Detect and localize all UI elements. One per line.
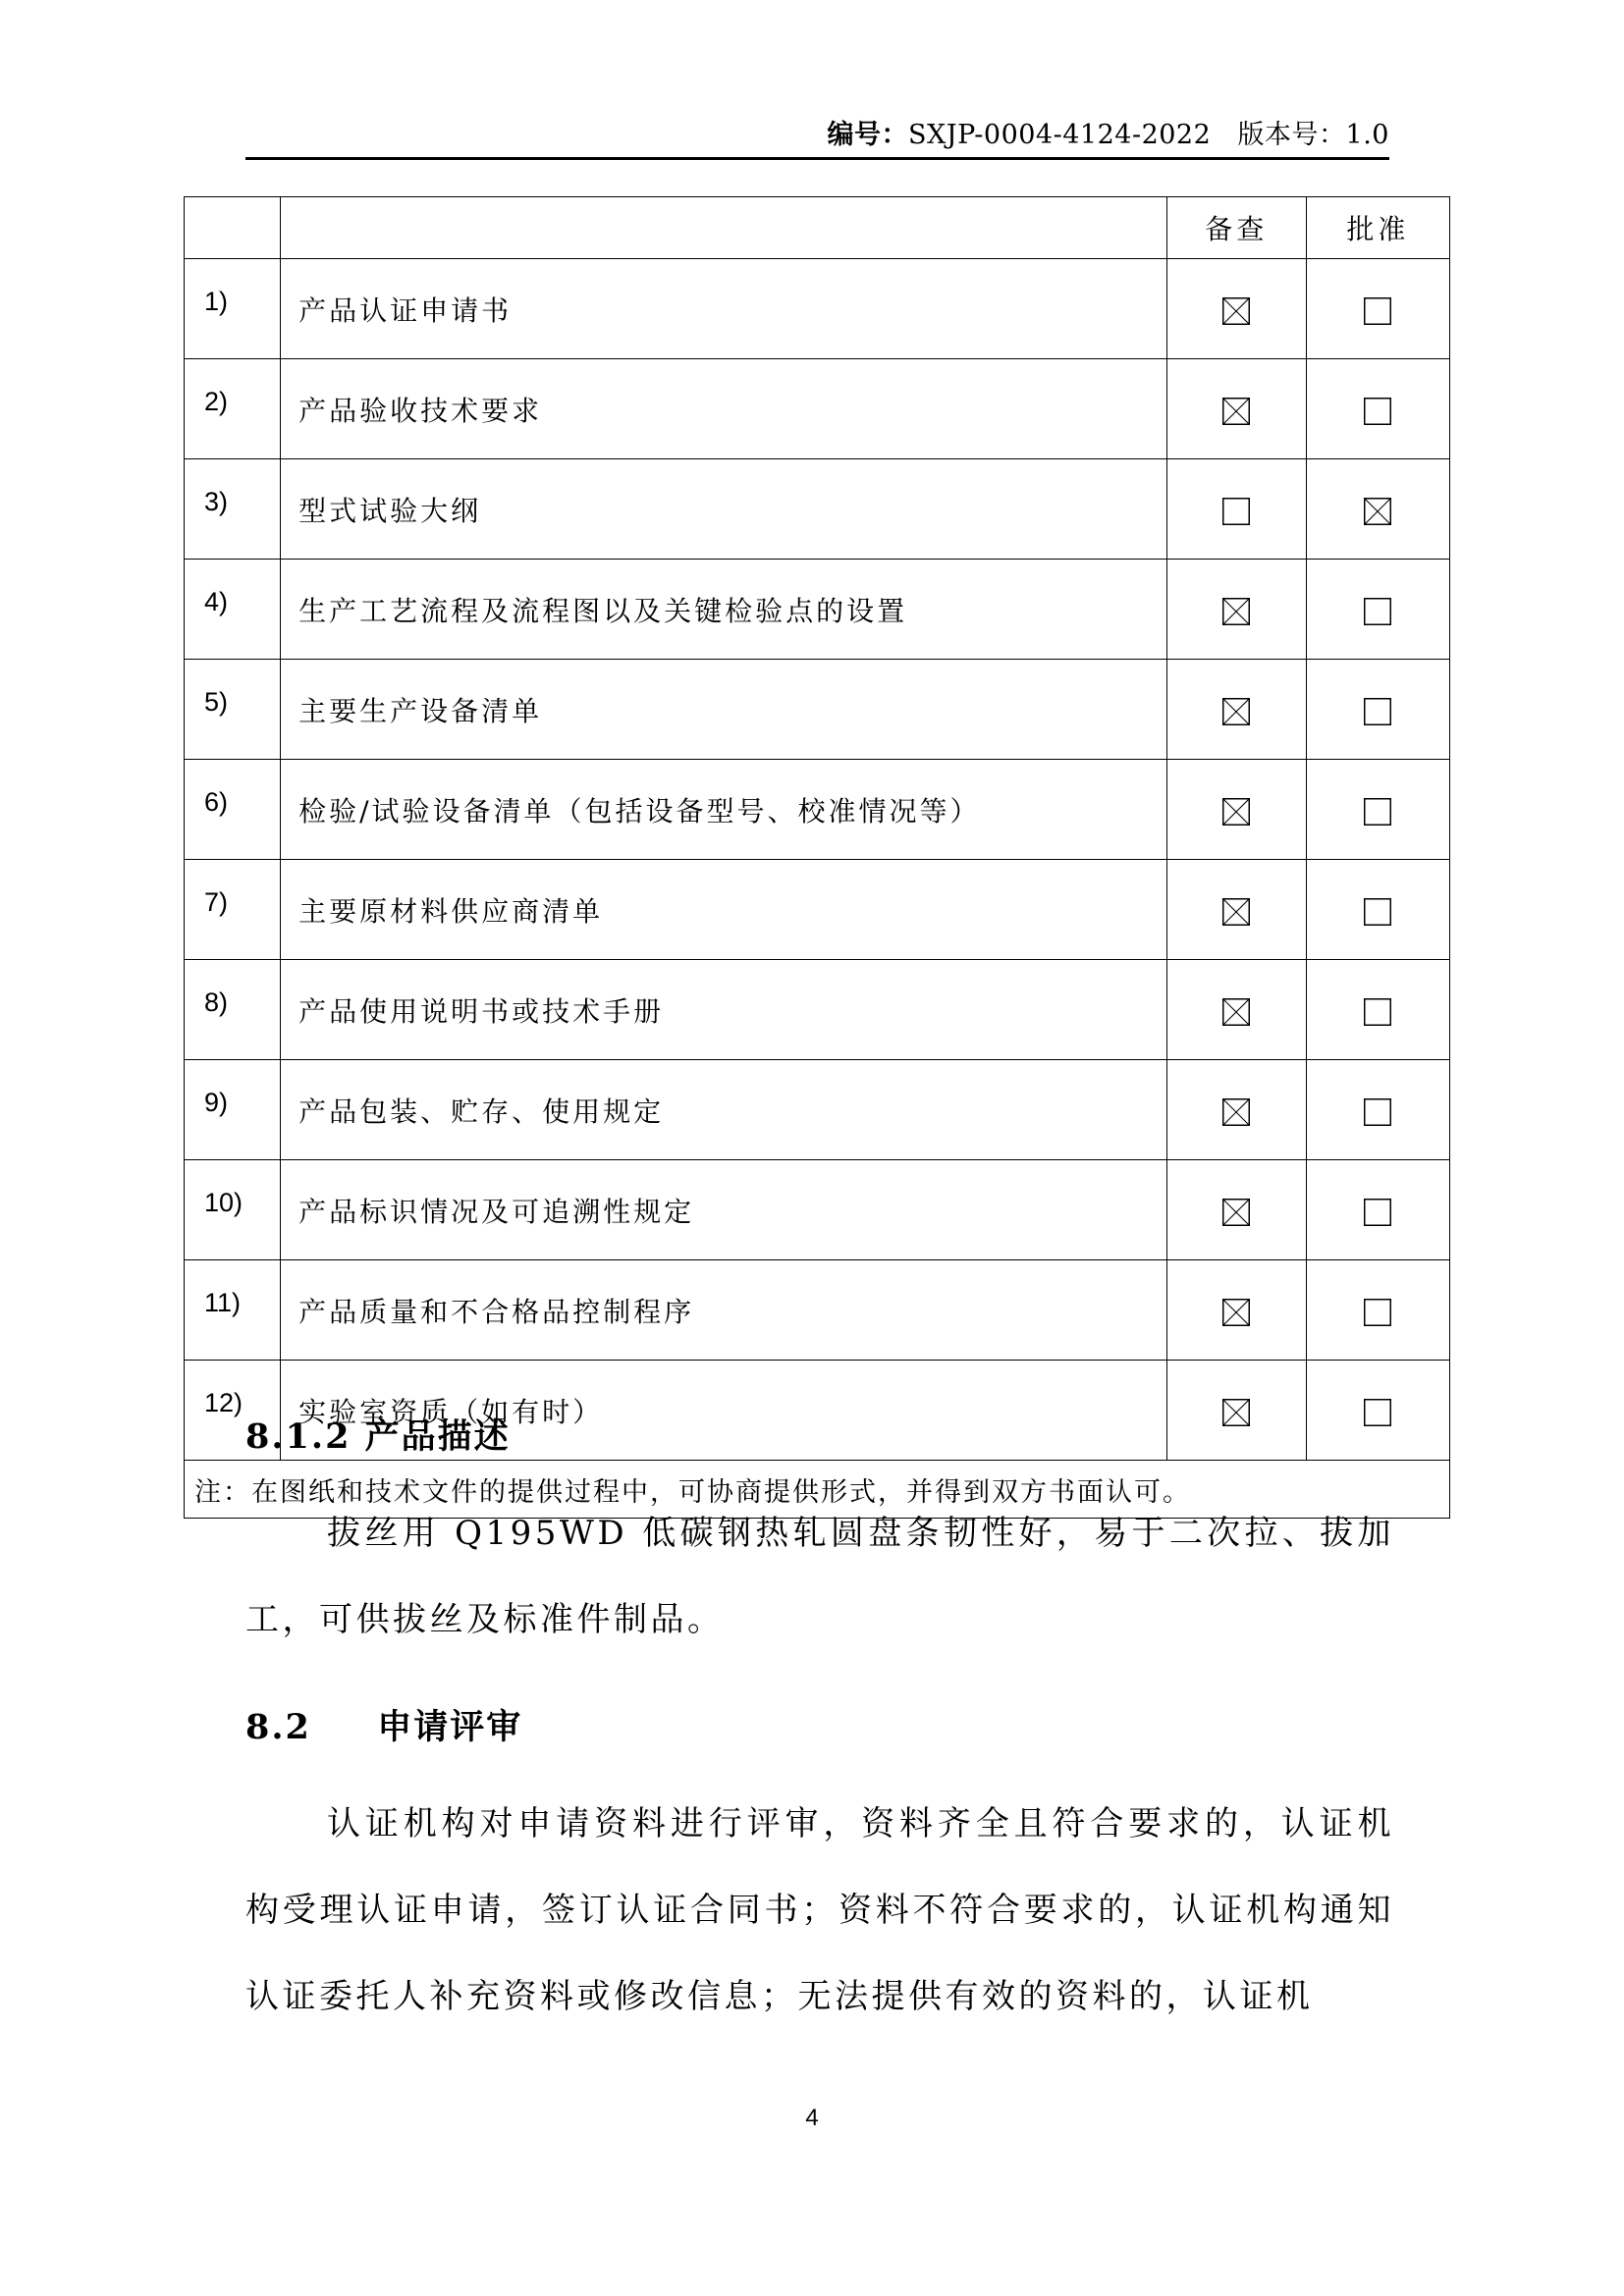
header-no-cell <box>185 197 281 259</box>
approve-checkbox-unchecked[interactable] <box>1364 798 1391 826</box>
page-number: 4 <box>0 2105 1624 2132</box>
table-row: 7) 主要原材料供应商清单 <box>185 860 1450 960</box>
section-title: 申请评审 <box>377 1707 522 1747</box>
approve-cell <box>1306 1361 1449 1461</box>
section-number: 8.1.2 <box>245 1416 351 1457</box>
check-checkbox-checked[interactable] <box>1222 598 1250 625</box>
approve-checkbox-unchecked[interactable] <box>1364 1399 1391 1426</box>
row-number: 7) <box>185 860 281 960</box>
check-cell <box>1166 259 1306 359</box>
approve-cell <box>1306 960 1449 1060</box>
approve-cell <box>1306 1260 1449 1361</box>
check-cell <box>1166 359 1306 459</box>
header-item-cell <box>281 197 1167 259</box>
check-checkbox-checked[interactable] <box>1222 1199 1250 1226</box>
header-check-cell: 备查 <box>1166 197 1306 259</box>
table-row: 6) 检验/试验设备清单（包括设备型号、校准情况等） <box>185 760 1450 860</box>
check-cell <box>1166 1060 1306 1160</box>
row-item-name: 产品认证申请书 <box>281 259 1167 359</box>
table-header-row: 备查 批准 <box>185 197 1450 259</box>
check-checkbox-checked[interactable] <box>1222 1098 1250 1126</box>
approve-cell <box>1306 760 1449 860</box>
table-row: 3) 型式试验大纲 <box>185 459 1450 560</box>
row-number: 2) <box>185 359 281 459</box>
check-checkbox-checked[interactable] <box>1222 998 1250 1026</box>
header-approve-cell: 批准 <box>1306 197 1449 259</box>
table-row: 9) 产品包装、贮存、使用规定 <box>185 1060 1450 1160</box>
approve-cell <box>1306 359 1449 459</box>
row-item-name: 检验/试验设备清单（包括设备型号、校准情况等） <box>281 760 1167 860</box>
approve-checkbox-unchecked[interactable] <box>1364 998 1391 1026</box>
check-cell <box>1166 1160 1306 1260</box>
check-checkbox-checked[interactable] <box>1222 398 1250 425</box>
row-item-name: 产品质量和不合格品控制程序 <box>281 1260 1167 1361</box>
approve-cell <box>1306 660 1449 760</box>
approve-checkbox-unchecked[interactable] <box>1364 1299 1391 1326</box>
approve-checkbox-checked[interactable] <box>1364 498 1391 525</box>
table-row: 10) 产品标识情况及可追溯性规定 <box>185 1160 1450 1260</box>
row-number: 6) <box>185 760 281 860</box>
check-cell <box>1166 960 1306 1060</box>
row-item-name: 主要原材料供应商清单 <box>281 860 1167 960</box>
document-header: 编号：SXJP-0004-4124-2022 版本号：1.0 <box>245 116 1389 155</box>
header-rule <box>245 157 1389 160</box>
check-cell <box>1166 560 1306 660</box>
approve-checkbox-unchecked[interactable] <box>1364 297 1391 325</box>
check-cell <box>1166 860 1306 960</box>
row-number: 9) <box>185 1060 281 1160</box>
check-cell <box>1166 1260 1306 1361</box>
check-checkbox-unchecked[interactable] <box>1222 498 1250 525</box>
row-number: 3) <box>185 459 281 560</box>
check-cell <box>1166 459 1306 560</box>
section-heading-8-2: 8.2 申请评审 <box>245 1700 522 1749</box>
check-checkbox-checked[interactable] <box>1222 898 1250 926</box>
row-item-name: 产品验收技术要求 <box>281 359 1167 459</box>
approve-checkbox-unchecked[interactable] <box>1364 698 1391 725</box>
approve-checkbox-unchecked[interactable] <box>1364 1098 1391 1126</box>
check-checkbox-checked[interactable] <box>1222 297 1250 325</box>
doc-code-value: SXJP-0004-4124-2022 <box>908 120 1211 150</box>
table-row: 11) 产品质量和不合格品控制程序 <box>185 1260 1450 1361</box>
table-row: 1) 产品认证申请书 <box>185 259 1450 359</box>
row-number: 5) <box>185 660 281 760</box>
check-checkbox-checked[interactable] <box>1222 798 1250 826</box>
row-number: 10) <box>185 1160 281 1260</box>
table-row: 5) 主要生产设备清单 <box>185 660 1450 760</box>
row-item-name: 生产工艺流程及流程图以及关键检验点的设置 <box>281 560 1167 660</box>
check-checkbox-checked[interactable] <box>1222 1399 1250 1426</box>
row-number: 4) <box>185 560 281 660</box>
row-number: 11) <box>185 1260 281 1361</box>
approve-cell <box>1306 259 1449 359</box>
approve-cell <box>1306 459 1449 560</box>
check-checkbox-checked[interactable] <box>1222 698 1250 725</box>
table-row: 8) 产品使用说明书或技术手册 <box>185 960 1450 1060</box>
approve-checkbox-unchecked[interactable] <box>1364 898 1391 926</box>
approve-cell <box>1306 560 1449 660</box>
row-item-name: 型式试验大纲 <box>281 459 1167 560</box>
section-title: 产品描述 <box>365 1416 511 1457</box>
approve-checkbox-unchecked[interactable] <box>1364 1199 1391 1226</box>
doc-code-label: 编号： <box>828 120 909 150</box>
row-item-name: 产品标识情况及可追溯性规定 <box>281 1160 1167 1260</box>
section-number: 8.2 <box>245 1707 363 1747</box>
row-number: 8) <box>185 960 281 1060</box>
section-paragraph-8-1-2: 拔丝用 Q195WD 低碳钢热轧圆盘条韧性好，易于二次拉、拔加工，可供拔丝及标准… <box>245 1490 1394 1663</box>
row-item-name: 产品包装、贮存、使用规定 <box>281 1060 1167 1160</box>
section-heading-8-1-2: 8.1.2 产品描述 <box>245 1410 511 1459</box>
check-cell <box>1166 1361 1306 1461</box>
approve-checkbox-unchecked[interactable] <box>1364 598 1391 625</box>
version-value: 1.0 <box>1346 120 1389 150</box>
check-cell <box>1166 660 1306 760</box>
approve-cell <box>1306 1160 1449 1260</box>
approve-cell <box>1306 1060 1449 1160</box>
table-row: 2) 产品验收技术要求 <box>185 359 1450 459</box>
check-checkbox-checked[interactable] <box>1222 1299 1250 1326</box>
version-label: 版本号： <box>1238 120 1346 150</box>
row-item-name: 主要生产设备清单 <box>281 660 1167 760</box>
row-number: 1) <box>185 259 281 359</box>
section-paragraph-8-2: 认证机构对申请资料进行评审，资料齐全且符合要求的，认证机构受理认证申请，签订认证… <box>245 1781 1394 2040</box>
approve-cell <box>1306 860 1449 960</box>
approve-checkbox-unchecked[interactable] <box>1364 398 1391 425</box>
row-item-name: 产品使用说明书或技术手册 <box>281 960 1167 1060</box>
check-cell <box>1166 760 1306 860</box>
document-checklist-table: 备查 批准 1) 产品认证申请书 2) 产品验收技术要求 3) 型式试验大纲 4… <box>184 196 1450 1519</box>
table-row: 4) 生产工艺流程及流程图以及关键检验点的设置 <box>185 560 1450 660</box>
